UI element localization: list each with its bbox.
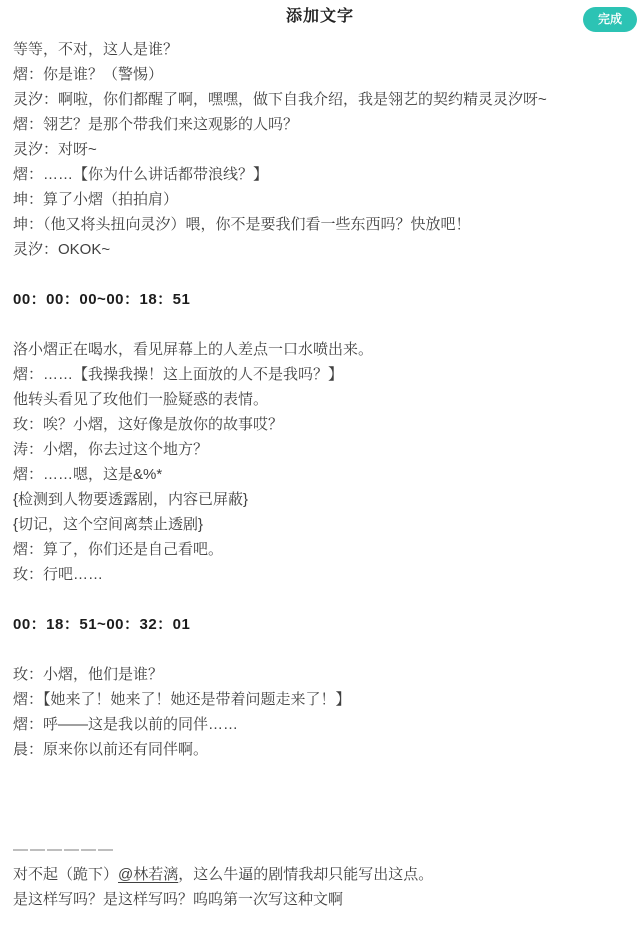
text-line: 熠：呼——这是我以前的同伴……	[13, 712, 624, 737]
text-editor[interactable]: 等等，不对，这人是谁？熠：你是谁？（警惕）灵汐：啊啦，你们都醒了啊，嘿嘿，做下自…	[0, 36, 640, 912]
page-title: 添加文字	[0, 0, 640, 34]
text-line: 熠：……嗯，这是&%*	[13, 462, 624, 487]
blank-line	[13, 637, 624, 662]
text-line: 坤：（他又将头扭向灵汐）喂，你不是要我们看一些东西吗？快放吧！	[13, 212, 624, 237]
text-line: 玫：行吧……	[13, 562, 624, 587]
blank-line	[13, 312, 624, 337]
blank-line	[13, 262, 624, 287]
text-line: 坤：算了小熠（拍拍肩）	[13, 187, 624, 212]
text-line: 灵汐：啊啦，你们都醒了啊，嘿嘿，做下自我介绍，我是翎艺的契约精灵灵汐呀~	[13, 87, 624, 112]
mention-link[interactable]: @林若漓	[118, 866, 178, 883]
text-line: 熠：【她来了！她来了！她还是带着问题走来了！】	[13, 687, 624, 712]
text-line: 晨：原来你以前还有同伴啊。	[13, 737, 624, 762]
text-line: 熠：……【我操我操！这上面放的人不是我吗？】	[13, 362, 624, 387]
done-button[interactable]: 完成	[583, 7, 637, 32]
text-line: 熠：你是谁？（警惕）	[13, 62, 624, 87]
text-line: 玫：小熠，他们是谁？	[13, 662, 624, 687]
blank-line	[13, 762, 624, 787]
header: 添加文字 完成	[0, 0, 640, 36]
text-line: 灵汐：OKOK~	[13, 237, 624, 262]
timestamp-line: 00：18：51~00：32：01	[13, 612, 624, 637]
text-line: 涛：小熠，你去过这个地方？	[13, 437, 624, 462]
text-segment: 对不起（跪下）	[13, 866, 118, 883]
text-line: 等等，不对，这人是谁？	[13, 37, 624, 62]
text-line: 他转头看见了玫他们一脸疑惑的表情。	[13, 387, 624, 412]
text-line: 灵汐：对呀~	[13, 137, 624, 162]
text-line: {切记，这个空间离禁止透剧}	[13, 512, 624, 537]
text-line: 对不起（跪下）@林若漓，这么牛逼的剧情我却只能写出这点。	[13, 862, 624, 887]
divider-dash-line: ——————	[13, 837, 624, 862]
text-segment: ，这么牛逼的剧情我却只能写出这点。	[178, 866, 433, 883]
text-line: 是这样写吗？是这样写吗？呜呜第一次写这种文啊	[13, 887, 624, 912]
text-line: {检测到人物要透露剧，内容已屏蔽}	[13, 487, 624, 512]
blank-line	[13, 787, 624, 812]
text-line: 玫：唉？小熠，这好像是放你的故事哎？	[13, 412, 624, 437]
blank-line	[13, 587, 624, 612]
blank-line	[13, 812, 624, 837]
text-line: 熠：……【你为什么讲话都带浪线？】	[13, 162, 624, 187]
text-line: 熠：算了，你们还是自己看吧。	[13, 537, 624, 562]
add-text-screen: 添加文字 完成 等等，不对，这人是谁？熠：你是谁？（警惕）灵汐：啊啦，你们都醒了…	[0, 0, 640, 934]
text-line: 熠：翎艺？是那个带我们来这观影的人吗？	[13, 112, 624, 137]
timestamp-line: 00：00：00~00：18：51	[13, 287, 624, 312]
text-line: 洛小熠正在喝水，看见屏幕上的人差点一口水喷出来。	[13, 337, 624, 362]
